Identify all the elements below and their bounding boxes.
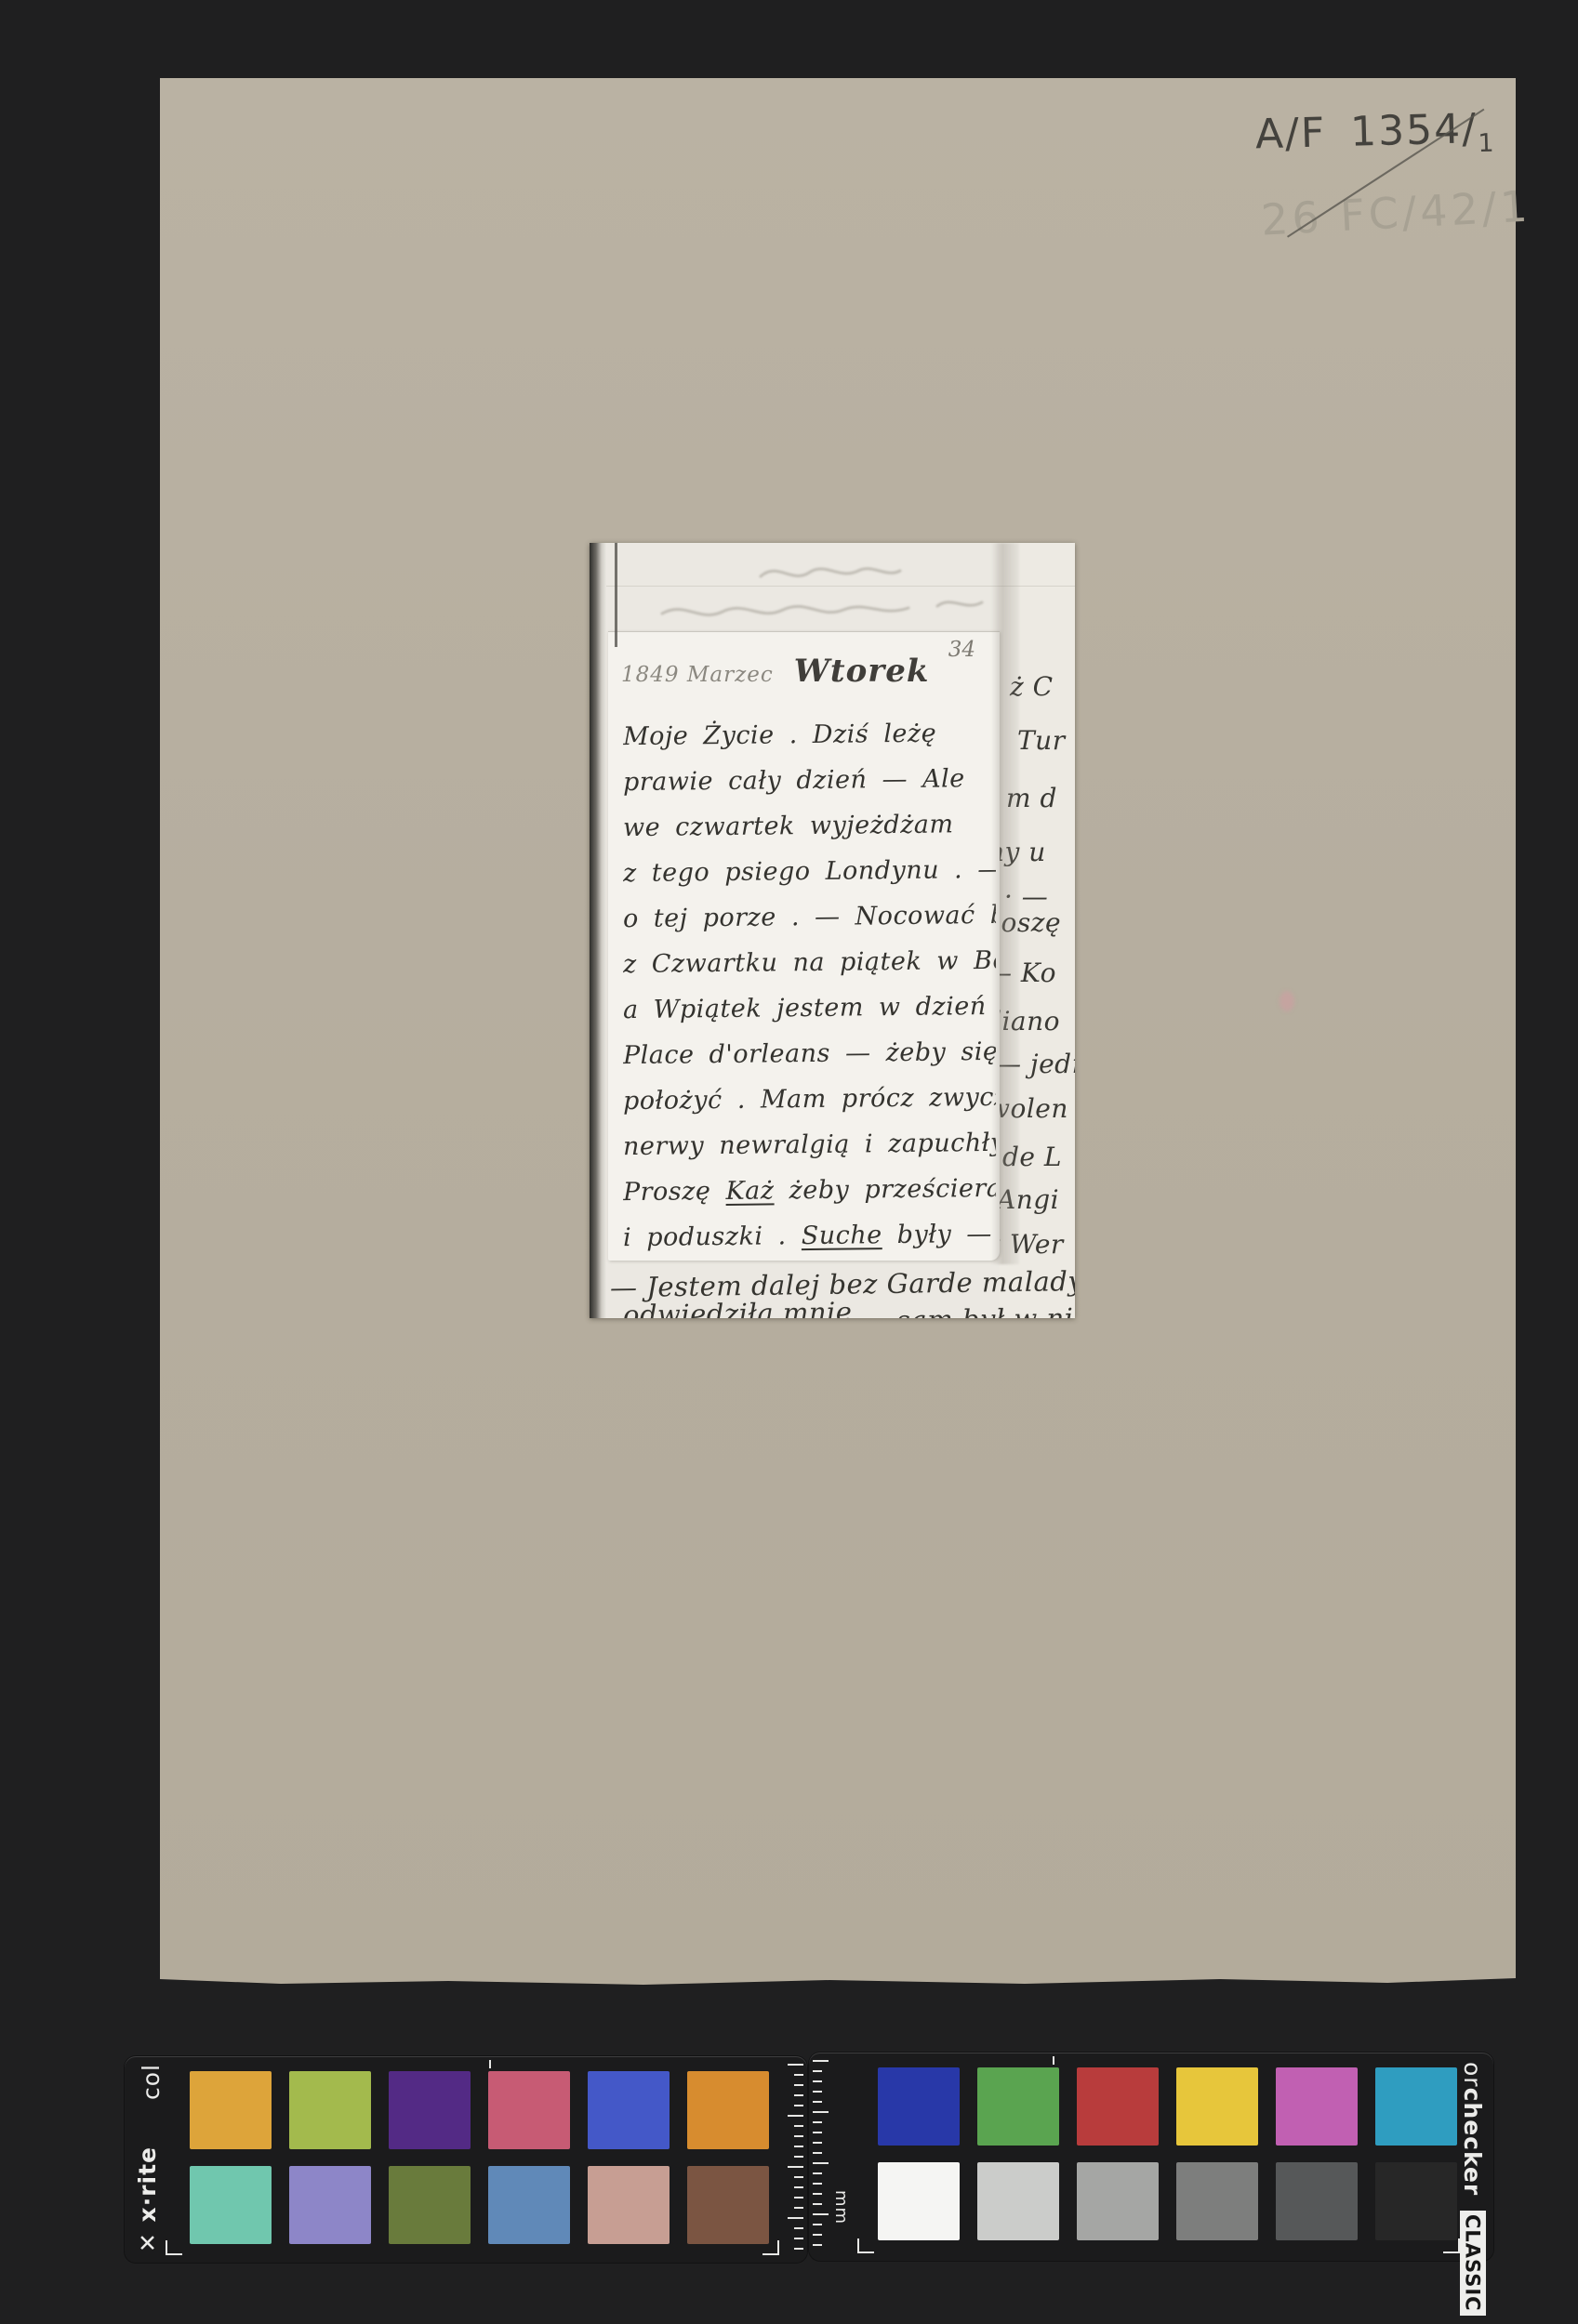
patch-row [190, 2071, 769, 2149]
handwritten-line: Place d'orleans — żeby się [623, 1029, 996, 1078]
color-patch [389, 2071, 471, 2149]
ruler-tick [813, 2152, 822, 2154]
ruler-tick [788, 2064, 803, 2066]
ruler-tick [813, 2183, 822, 2185]
color-patch [1176, 2067, 1258, 2146]
ruler-tick [794, 2207, 803, 2209]
color-patch [588, 2071, 670, 2149]
ruler-tick [813, 2142, 822, 2144]
color-patch [1276, 2162, 1358, 2240]
color-patch [1375, 2162, 1457, 2240]
page-number: 34 [948, 638, 975, 662]
ruler-tick [813, 2091, 822, 2093]
ghost-handwriting [642, 550, 1014, 636]
color-patch [878, 2067, 960, 2146]
ruler-tick [813, 2111, 829, 2113]
ruler-tick [794, 2125, 803, 2127]
ruler-tick [794, 2227, 803, 2229]
ruler-tick [813, 2234, 822, 2236]
handwritten-line: z Czwartku na piątek w Boulog [623, 938, 996, 987]
ruler-tick [794, 2105, 803, 2106]
archival-scan: { "archive_card": { "catalog_prefix": "A… [0, 0, 1578, 2324]
colorchecker-brand-label: orchecker CLASSIC [1459, 2062, 1486, 2316]
ruler-tick [794, 2156, 803, 2158]
letter-photograph: ż CTurm dny u· —noszę— Koliano— jednwole… [590, 543, 1075, 1318]
underlying-page-line: odwiedziła mnie [623, 1296, 853, 1318]
ruler-tick [794, 2186, 803, 2188]
ruler-tick [788, 2115, 803, 2117]
pink-stain [1280, 991, 1294, 1011]
color-patch [488, 2071, 570, 2149]
color-patch [687, 2071, 769, 2149]
corner-bracket [857, 2238, 874, 2253]
underlying-page-line: sam był w nim [896, 1301, 1075, 1318]
color-patch [289, 2166, 371, 2244]
registration-tick [1053, 2056, 1054, 2065]
catalog-number: 1354/ [1349, 105, 1478, 156]
patch-row [190, 2166, 769, 2244]
color-patch [1375, 2067, 1457, 2146]
color-patch [588, 2166, 670, 2244]
ruler-tick [794, 2084, 803, 2086]
ruler-tick [794, 2146, 803, 2147]
color-patch [190, 2166, 272, 2244]
letter-body-text: Moje Życie . Dziś leżęprawie cały dzień … [623, 712, 996, 1259]
ruler-tick [794, 2197, 803, 2199]
corner-bracket [166, 2240, 182, 2255]
handwritten-line: i poduszki . Suche były — [623, 1211, 996, 1261]
ruler-tick [788, 2166, 803, 2168]
xrite-brand: ✕x·rite [134, 2146, 161, 2255]
handwritten-line: położyć . Mam prócz zwyczajną [623, 1075, 996, 1124]
ruler-tick [813, 2060, 829, 2062]
color-patch [289, 2071, 371, 2149]
letter-page: 34 1849 MarzecWtorek Moje Życie . Dziś l… [608, 631, 1000, 1261]
colorchecker-edge-label: col [138, 2064, 165, 2100]
color-patch [1077, 2067, 1159, 2146]
patch-row [878, 2162, 1457, 2240]
registration-tick [489, 2060, 491, 2068]
ruler-tick [813, 2132, 822, 2133]
color-patch [687, 2166, 769, 2244]
xrite-brand-text: x·rite [134, 2146, 161, 2222]
handwritten-line: a Wpiątek jestem w dzień [623, 984, 996, 1033]
catalog-sub-number: 1 [1478, 129, 1496, 158]
classic-badge: CLASSIC [1460, 2211, 1486, 2316]
color-patch [977, 2067, 1059, 2146]
ruler-tick [813, 2203, 822, 2205]
color-patch [389, 2166, 471, 2244]
ruler-tick [794, 2135, 803, 2137]
ruler-tick [813, 2213, 829, 2215]
handwritten-line: Moje Życie . Dziś leżę [623, 710, 996, 759]
handwritten-line: we czwartek wyjeżdżam [623, 801, 996, 851]
handwritten-line: z tego psiego Londynu . — [623, 847, 996, 896]
ruler-tick [813, 2224, 822, 2225]
mm-ruler [788, 2064, 803, 2250]
ruler-tick [813, 2121, 822, 2123]
ruler-tick [794, 2176, 803, 2178]
color-patch [190, 2071, 272, 2149]
handwritten-line: nerwy newralgią i zapuchły jestem [623, 1120, 996, 1169]
ruler-tick [788, 2217, 803, 2219]
mm-unit-label: mm [831, 2190, 851, 2225]
date-line: 1849 MarzecWtorek [621, 653, 929, 690]
page-edge-shadow [991, 543, 1019, 1264]
ruler-tick [813, 2070, 822, 2072]
binding-shadow-band [590, 543, 606, 1318]
ruler-tick [813, 2101, 822, 2103]
mm-ruler [813, 2060, 829, 2246]
catalog-number-annotation: A/F1354/1 [1254, 105, 1496, 165]
ruler-tick [813, 2193, 822, 2195]
color-patch [1176, 2162, 1258, 2240]
paper-edge-line [615, 543, 617, 647]
handwritten-line: prawie cały dzień — Ale [623, 756, 996, 805]
corner-bracket [1443, 2238, 1460, 2253]
ruler-tick [813, 2172, 822, 2174]
ruler-tick [794, 2248, 803, 2250]
color-patch [878, 2162, 960, 2240]
color-patch [488, 2166, 570, 2244]
ruler-tick [794, 2238, 803, 2239]
ruler-tick [813, 2162, 829, 2164]
ruler-tick [813, 2244, 822, 2246]
patch-row [878, 2067, 1457, 2146]
ruler-tick [794, 2074, 803, 2076]
ruler-tick [794, 2094, 803, 2096]
colorchecker-right-strip: mm orchecker CLASSIC [809, 2053, 1493, 2261]
corner-bracket [762, 2240, 779, 2255]
date-day: Wtorek [794, 653, 930, 690]
ruler-tick [813, 2080, 822, 2082]
color-patch [1077, 2162, 1159, 2240]
color-patch [977, 2162, 1059, 2240]
date-year-month: 1849 Marzec [621, 663, 774, 687]
catalog-prefix: A/F [1254, 109, 1327, 158]
checker-label-part: orchecker [1459, 2062, 1486, 2196]
colorchecker-left-strip: col ✕x·rite [125, 2056, 807, 2263]
handwritten-line: Proszę Każ żeby prześcieradła [623, 1166, 996, 1215]
handwritten-line: o tej porze . — Nocować będę [623, 892, 996, 942]
xrite-logo-icon: ✕ [134, 2227, 161, 2255]
color-patch [1276, 2067, 1358, 2146]
margin-text-fragment: Tur [1017, 725, 1066, 756]
